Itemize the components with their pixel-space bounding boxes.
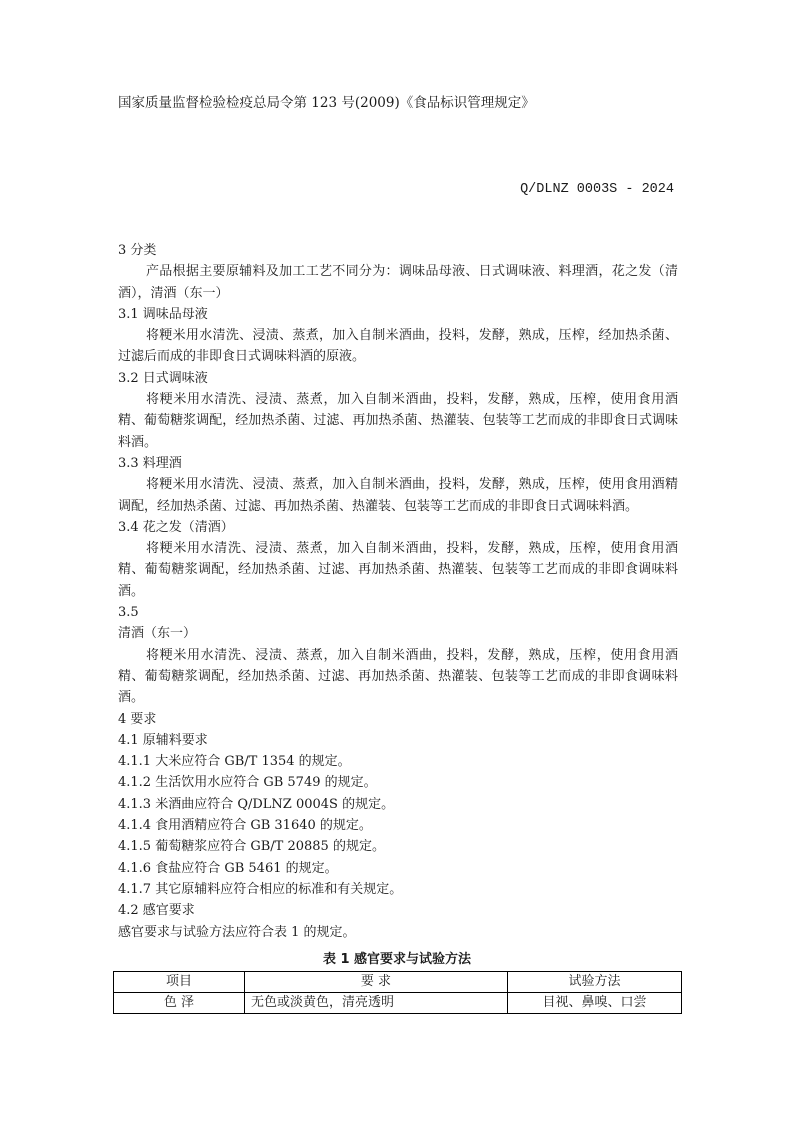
requirement-item: 4.1.1 大米应符合 GB/T 1354 的规定。 bbox=[118, 751, 678, 772]
section-3-1-body: 将粳米用水清洗、浸渍、蒸煮，加入自制米酒曲，投料，发酵，熟成，压榨，经加热杀菌、… bbox=[118, 325, 678, 368]
requirement-item: 4.1.4 食用酒精应符合 GB 31640 的规定。 bbox=[118, 815, 678, 836]
section-4-title: 4 要求 bbox=[118, 709, 678, 730]
table-header-row: 项目 要 求 试验方法 bbox=[114, 972, 682, 993]
requirement-item: 4.1.3 米酒曲应符合 Q/DLNZ 0004S 的规定。 bbox=[118, 794, 678, 815]
requirement-item: 4.1.7 其它原辅料应符合相应的标准和有关规定。 bbox=[118, 879, 678, 900]
requirement-item: 4.1.5 葡萄糖浆应符合 GB/T 20885 的规定。 bbox=[118, 836, 678, 857]
section-3-4-title: 3.4 花之发（清酒） bbox=[118, 517, 678, 538]
section-3-5-title: 3.5 bbox=[118, 602, 678, 623]
regulation-reference: 国家质量监督检验检疫总局令第 123 号(2009)《食品标识管理规定》 bbox=[118, 93, 535, 113]
section-3-body: 产品根据主要原辅料及加工工艺不同分为：调味品母液、日式调味液、料理酒，花之发（清… bbox=[118, 261, 678, 304]
requirement-item: 4.1.6 食盐应符合 GB 5461 的规定。 bbox=[118, 858, 678, 879]
table-cell-item: 色 泽 bbox=[114, 993, 245, 1014]
table-1-caption: 表 1 感官要求与试验方法 bbox=[113, 950, 681, 970]
section-3-5-subtitle: 清酒（东一） bbox=[118, 623, 678, 644]
table-header-cell: 要 求 bbox=[245, 972, 508, 993]
table-row: 色 泽 无色或淡黄色，清亮透明 目视、鼻嗅、口尝 bbox=[114, 993, 682, 1014]
section-3-title: 3 分类 bbox=[118, 240, 678, 261]
section-3-2-title: 3.2 日式调味液 bbox=[118, 368, 678, 389]
table-header-cell: 项目 bbox=[114, 972, 245, 993]
table-cell-requirement: 无色或淡黄色，清亮透明 bbox=[245, 993, 508, 1014]
section-4-2-title: 4.2 感官要求 bbox=[118, 900, 678, 921]
requirement-item: 4.1.2 生活饮用水应符合 GB 5749 的规定。 bbox=[118, 772, 678, 793]
section-3-3-title: 3.3 料理酒 bbox=[118, 453, 678, 474]
sensory-requirements-table: 项目 要 求 试验方法 色 泽 无色或淡黄色，清亮透明 目视、鼻嗅、口尝 bbox=[113, 971, 682, 1014]
table-cell-method: 目视、鼻嗅、口尝 bbox=[508, 993, 682, 1014]
document-page: 国家质量监督检验检疫总局令第 123 号(2009)《食品标识管理规定》 Q/D… bbox=[0, 0, 794, 1123]
table-header-cell: 试验方法 bbox=[508, 972, 682, 993]
document-body: 3 分类 产品根据主要原辅料及加工工艺不同分为：调味品母液、日式调味液、料理酒，… bbox=[118, 240, 678, 943]
section-3-4-body: 将粳米用水清洗、浸渍、蒸煮，加入自制米酒曲，投料，发酵，熟成，压榨，使用食用酒精… bbox=[118, 538, 678, 602]
section-3-5-body: 将粳米用水清洗、浸渍、蒸煮，加入自制米酒曲，投料，发酵，熟成，压榨，使用食用酒精… bbox=[118, 645, 678, 709]
section-4-2-body: 感官要求与试验方法应符合表 1 的规定。 bbox=[118, 922, 678, 943]
section-3-1-title: 3.1 调味品母液 bbox=[118, 304, 678, 325]
section-3-3-body: 将粳米用水清洗、浸渍、蒸煮，加入自制米酒曲，投料，发酵，熟成，压榨，使用食用酒精… bbox=[118, 474, 678, 517]
section-4-1-title: 4.1 原辅料要求 bbox=[118, 730, 678, 751]
section-3-2-body: 将粳米用水清洗、浸渍、蒸煮，加入自制米酒曲，投料，发酵，熟成，压榨，使用食用酒精… bbox=[118, 389, 678, 453]
standard-number: Q/DLNZ 0003S - 2024 bbox=[520, 180, 674, 200]
